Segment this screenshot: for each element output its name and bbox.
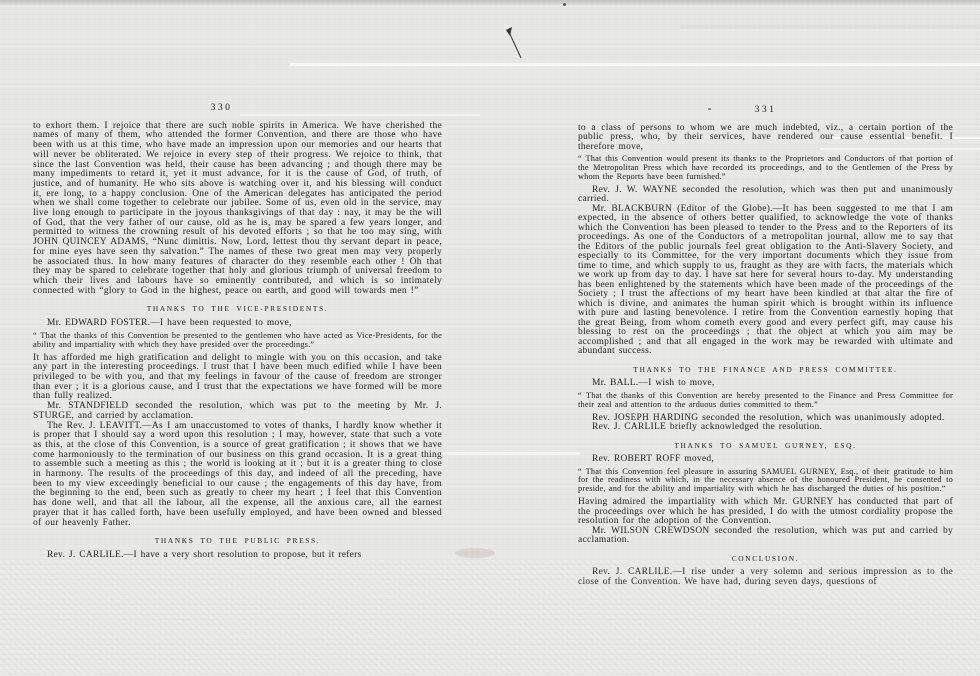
scan-top-edge-band xyxy=(0,0,980,6)
scan-streak xyxy=(680,25,980,29)
page-number: 331 xyxy=(578,106,953,116)
paragraph: Mr. WILSON CREWDSON seconded the resolut… xyxy=(578,527,953,546)
paragraph: Rev. J. CARLILE.—I rise under a very sol… xyxy=(578,568,953,587)
scan-streak xyxy=(290,63,980,66)
section-heading-thanks-samuel-gurney: THANKS TO SAMUEL GURNEY, ESQ. xyxy=(578,441,953,451)
resolution-quote: “ That the thanks of this Convention be … xyxy=(33,332,442,350)
resolution-quote: “ That this Convention would present its… xyxy=(578,155,953,182)
scanned-book-spread: { "colors": { "paper": "#e7e7e4", "ink":… xyxy=(0,0,980,676)
scan-smudge xyxy=(455,548,495,558)
page-left: 330 to exhort them. I rejoice that there… xyxy=(33,104,442,561)
paragraph: It has afforded me high gratification an… xyxy=(33,354,442,403)
paragraph: Mr. BALL.—I wish to move, xyxy=(578,379,953,389)
pen-mark-icon xyxy=(500,26,528,62)
paragraph: Having admired the impartiality with whi… xyxy=(578,498,953,527)
section-heading-thanks-public-press: THANKS TO THE PUBLIC PRESS. xyxy=(33,536,442,546)
section-heading-thanks-finance-press-committee: THANKS TO THE FINANCE AND PRESS COMMITTE… xyxy=(578,365,953,375)
paragraph: The Rev. J. LEAVITT.—As I am unaccustome… xyxy=(33,422,442,529)
paragraph: to exhort them. I rejoice that there are… xyxy=(33,122,442,297)
paragraph: Rev. ROBERT ROFF moved, xyxy=(578,455,953,465)
paragraph: Rev. J. W. WAYNE seconded the resolution… xyxy=(578,186,953,205)
paragraph: to a class of persons to whom we are muc… xyxy=(578,124,953,153)
scan-streak xyxy=(440,452,580,455)
page-right: 331 to a class of persons to whom we are… xyxy=(578,106,953,587)
paragraph: Mr. STANDFIELD seconded the resolution, … xyxy=(33,402,442,421)
section-heading-conclusion: CONCLUSION. xyxy=(578,554,953,564)
page-number: 330 xyxy=(17,104,426,114)
paragraph: Rev. J. CARLILE.—I have a very short res… xyxy=(33,551,442,561)
resolution-quote: “ That this Convention feel pleasure in … xyxy=(578,468,953,495)
scan-speck xyxy=(563,3,566,6)
paragraph: Mr. EDWARD FOSTER.—I have been requested… xyxy=(33,319,442,329)
paragraph: Rev. J. CARLILE briefly acknowledged the… xyxy=(578,423,953,433)
resolution-quote: “ That the thanks of this Convention are… xyxy=(578,392,953,410)
paragraph: Mr. BLACKBURN (Editor of the Globe).—It … xyxy=(578,205,953,357)
section-heading-thanks-vice-presidents: THANKS TO THE VICE-PRESIDENTS. xyxy=(33,304,442,314)
